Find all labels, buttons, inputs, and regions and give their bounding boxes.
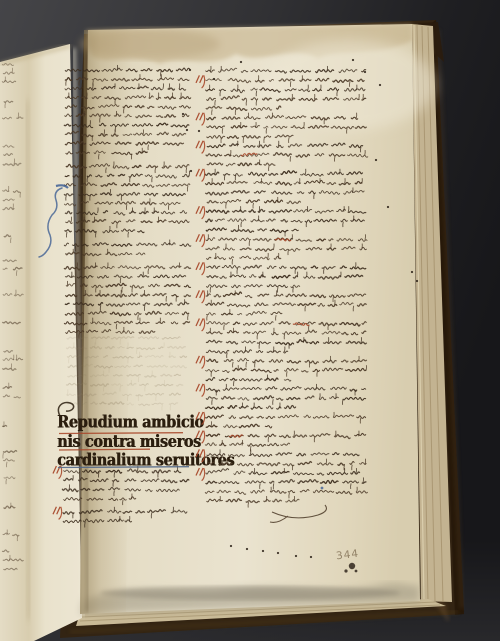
blue-speck (321, 487, 324, 490)
heading-initial-flourish (58, 403, 73, 416)
photo-scene: Repudium ambicio nis contra miseros card… (0, 0, 500, 641)
ink-blot (344, 563, 357, 573)
right-column-script (196, 66, 368, 508)
facing-page-annotations (2, 64, 23, 570)
end-flourish (270, 505, 326, 522)
blue-paraph-flourish (39, 188, 62, 257)
heading-underlines (58, 433, 189, 468)
script-overlay (0, 0, 500, 641)
left-column-script (64, 65, 191, 338)
ink-spots (182, 59, 418, 558)
ghost-showthrough-script (66, 337, 187, 411)
post-heading-script (53, 466, 189, 528)
